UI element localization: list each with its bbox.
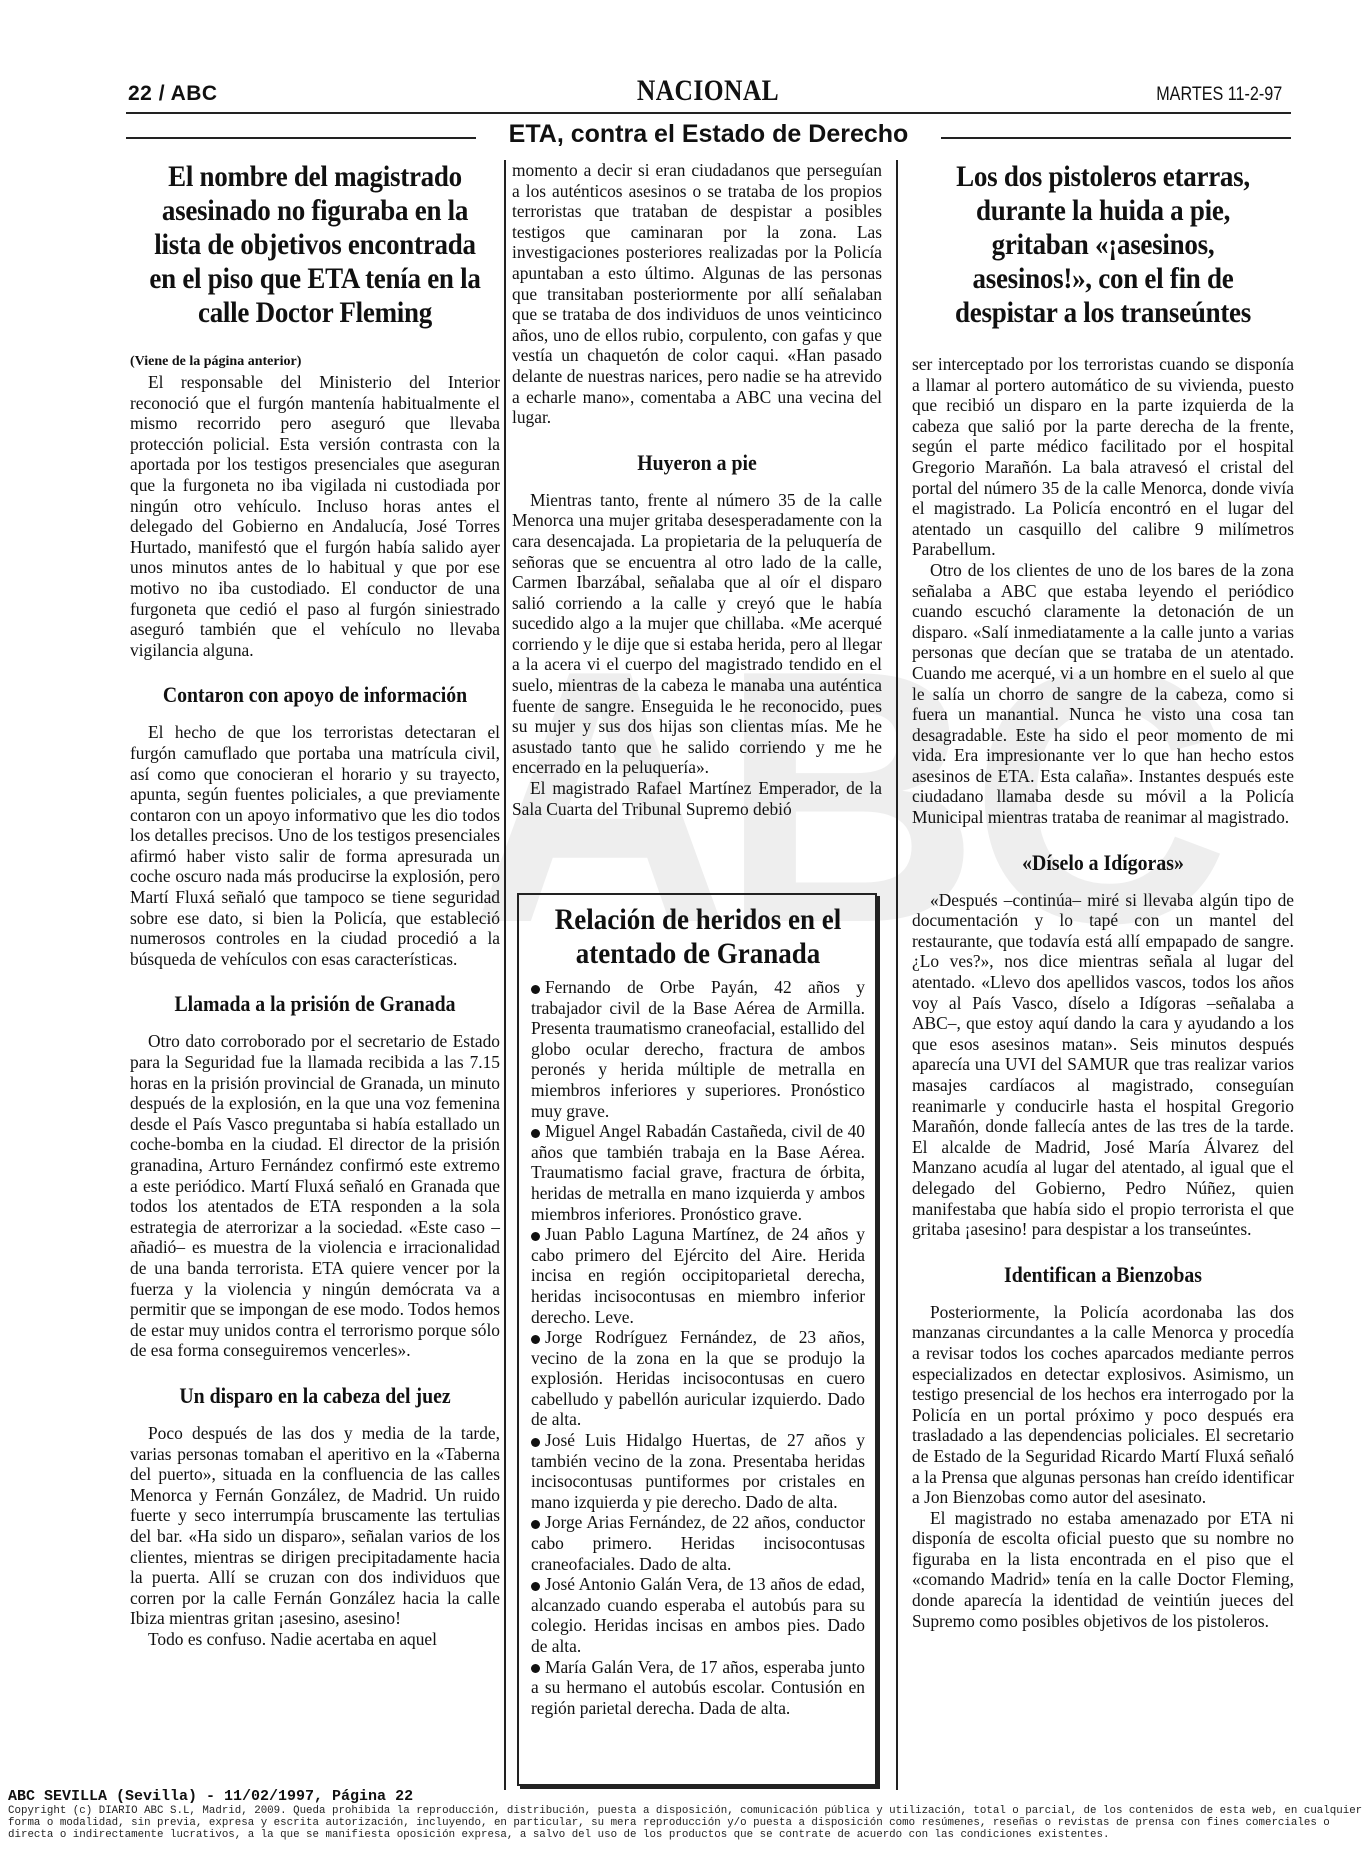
paragraph: Posteriormente, la Policía acordonaba la…: [912, 1302, 1294, 1508]
paragraph: El hecho de que los terroristas detectar…: [130, 722, 500, 969]
header-rule: [126, 112, 1291, 114]
injured-list-item: María Galán Vera, de 17 años, esperaba j…: [531, 1657, 865, 1719]
section-title: NACIONAL: [215, 74, 1201, 108]
paragraph: Otro dato corroborado por el secretario …: [130, 1031, 500, 1361]
article-left: El nombre del magistrado asesinado no fi…: [130, 160, 500, 1649]
injured-list-item: Fernando de Orbe Payán, 42 años y trabaj…: [531, 977, 865, 1121]
column-rule: [504, 160, 506, 1790]
paragraph: Mientras tanto, frente al número 35 de l…: [512, 490, 882, 778]
bullet-icon: [531, 1582, 540, 1591]
paragraph: Poco después de las dos y media de la ta…: [130, 1423, 500, 1629]
page-label: 22 / ABC: [128, 82, 218, 106]
paragraph: Otro de los clientes de uno de los bares…: [912, 560, 1294, 828]
paragraph: «Después –continúa– miré si llevaba algú…: [912, 890, 1294, 1240]
bullet-icon: [531, 1664, 540, 1673]
article-right: Los dos pistoleros etarras, durante la h…: [912, 160, 1294, 1631]
injured-list-item: Juan Pablo Laguna Martínez, de 24 años y…: [531, 1224, 865, 1327]
bullet-icon: [531, 1335, 540, 1344]
section-bar: ETA, contra el Estado de Derecho: [126, 120, 1291, 154]
bullet-icon: [531, 1438, 540, 1447]
paragraph: El magistrado no estaba amenazado por ET…: [912, 1508, 1294, 1632]
issue-date: MARTES 11-2-97: [1156, 84, 1282, 106]
page-masthead: 22 / ABC NACIONAL MARTES 11-2-97: [128, 74, 1288, 114]
article-right-headline: Los dos pistoleros etarras, durante la h…: [931, 160, 1275, 330]
source-citation: ABC SEVILLA (Sevilla) - 11/02/1997, Pági…: [8, 1789, 1363, 1805]
paragraph: El responsable del Ministerio del Interi…: [130, 372, 500, 660]
bullet-icon: [531, 1520, 540, 1529]
injured-list-item: Jorge Rodríguez Fernández, de 23 años, v…: [531, 1327, 865, 1430]
section-bar-rule-right: [941, 137, 1291, 139]
paragraph: El magistrado Rafael Martínez Emperador,…: [512, 778, 882, 819]
paragraph: ser interceptado por los terroristas cua…: [912, 354, 1294, 560]
paragraph: momento a decir si eran ciudadanos que p…: [512, 160, 882, 428]
bullet-icon: [531, 985, 540, 994]
page-footer: ABC SEVILLA (Sevilla) - 11/02/1997, Pági…: [8, 1789, 1363, 1841]
injured-list-item: José Luis Hidalgo Huertas, de 27 años y …: [531, 1430, 865, 1512]
subhead: Contaron con apoyo de información: [149, 682, 482, 708]
column-rule: [896, 160, 898, 1790]
copyright-notice: Copyright (c) DIARIO ABC S.L, Madrid, 20…: [8, 1805, 1363, 1841]
subhead: Un disparo en la cabeza del juez: [149, 1383, 482, 1409]
bullet-icon: [531, 1232, 540, 1241]
injured-list-box: Relación de heridos en el atentado de Gr…: [517, 893, 877, 1786]
subhead: Huyeron a pie: [531, 450, 864, 476]
subhead: «Díselo a Idígoras»: [931, 850, 1275, 876]
subhead: Identifican a Bienzobas: [931, 1262, 1275, 1288]
subhead: Llamada a la prisión de Granada: [149, 991, 482, 1017]
injured-list-item: Miguel Angel Rabadán Castañeda, civil de…: [531, 1121, 865, 1224]
article-middle: momento a decir si eran ciudadanos que p…: [512, 160, 882, 819]
injured-list-item: Jorge Arias Fernández, de 22 años, condu…: [531, 1512, 865, 1574]
injured-list-item: José Antonio Galán Vera, de 13 años de e…: [531, 1574, 865, 1656]
bullet-icon: [531, 1129, 540, 1138]
article-left-kicker: (Viene de la página anterior): [130, 354, 500, 370]
article-left-headline: El nombre del magistrado asesinado no fi…: [149, 160, 482, 330]
injured-list-title: Relación de heridos en el atentado de Gr…: [548, 903, 849, 971]
section-bar-title: ETA, contra el Estado de Derecho: [126, 120, 1291, 149]
paragraph: Todo es confuso. Nadie acertaba en aquel: [130, 1629, 500, 1650]
